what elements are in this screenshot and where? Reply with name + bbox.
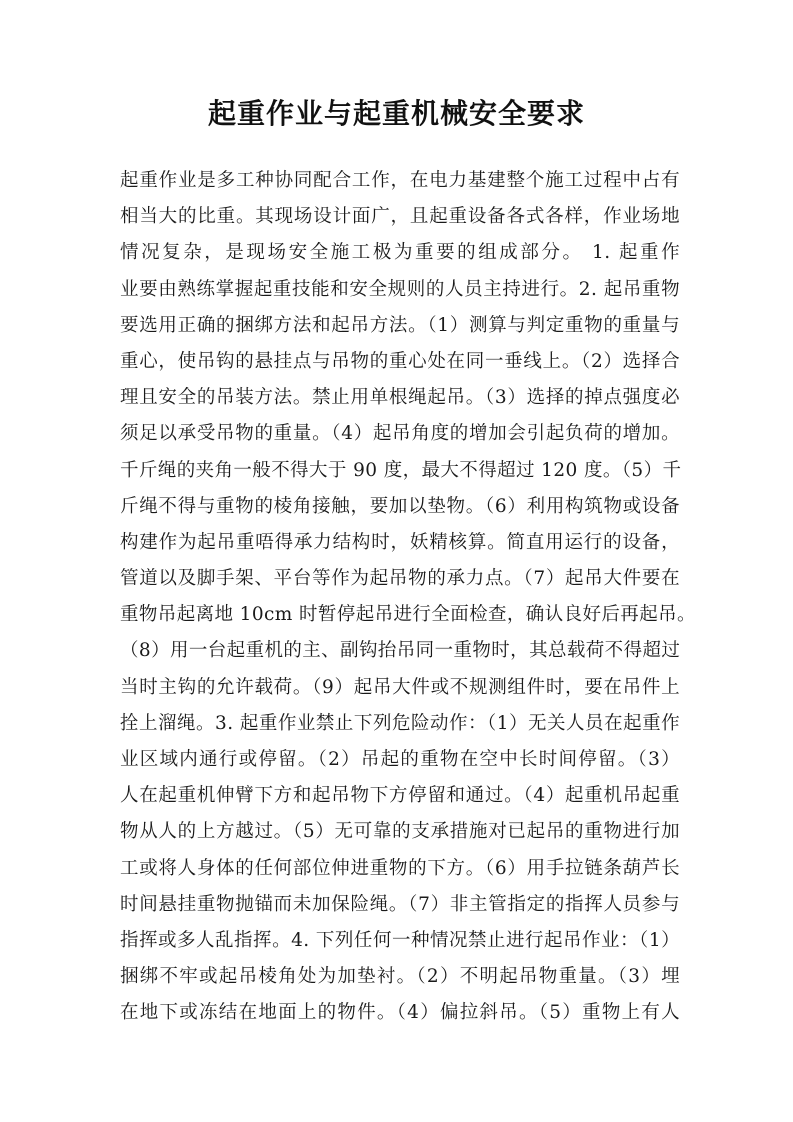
body-line: 业要由熟练掌握起重技能和安全规则的人员主持进行。2. 起吊重物: [120, 272, 680, 308]
body-line: 要选用正确的捆绑方法和起吊方法。（1）测算与判定重物的重量与: [120, 308, 680, 344]
document-body: 起重作业是多工种协同配合工作，在电力基建整个施工过程中占有 相当大的比重。其现场…: [120, 163, 680, 1032]
body-line: 人在起重机伸臂下方和起吊物下方停留和通过。（4）起重机吊起重: [120, 778, 680, 814]
body-line: 拴上溜绳。3. 起重作业禁止下列危险动作：（1）无关人员在起重作: [120, 706, 680, 742]
body-line: 构建作为起吊重唔得承力结构时，妖精核算。简直用运行的设备，: [120, 525, 680, 561]
body-line: （8）用一台起重机的主、副钩抬吊同一重物时，其总载荷不得超过: [120, 633, 680, 669]
body-line: 理且安全的吊装方法。禁止用单根绳起吊。（3）选择的掉点强度必: [120, 380, 680, 416]
body-line: 重物吊起离地 10cm 时暂停起吊进行全面检查，确认良好后再起吊。: [120, 597, 680, 633]
body-line: 捆绑不牢或起吊棱角处为加垫衬。（2）不明起吊物重量。（3）埋: [120, 959, 680, 995]
body-line: 业区域内通行或停留。（2）吊起的重物在空中长时间停留。（3）: [120, 742, 680, 778]
document-page: 起重作业与起重机械安全要求 起重作业是多工种协同配合工作，在电力基建整个施工过程…: [0, 0, 793, 1122]
body-line: 千斤绳的夹角一般不得大于 90 度，最大不得超过 120 度。（5）千: [120, 453, 680, 489]
document-title: 起重作业与起重机械安全要求: [0, 94, 793, 134]
body-line: 物从人的上方越过。（5）无可靠的支承措施对已起吊的重物进行加: [120, 814, 680, 850]
body-line: 在地下或冻结在地面上的物件。（4）偏拉斜吊。（5）重物上有人: [120, 995, 680, 1031]
body-line: 工或将人身体的任何部位伸进重物的下方。（6）用手拉链条葫芦长: [120, 851, 680, 887]
body-line: 斤绳不得与重物的棱角接触，要加以垫物。（6）利用构筑物或设备: [120, 489, 680, 525]
body-line: 情况复杂，是现场安全施工极为重要的组成部分。 1. 起重作: [120, 235, 680, 271]
body-line: 重心，使吊钩的悬挂点与吊物的重心处在同一垂线上。（2）选择合: [120, 344, 680, 380]
body-line: 相当大的比重。其现场设计面广，且起重设备各式各样，作业场地: [120, 199, 680, 235]
body-line: 当时主钩的允许载荷。（9）起吊大件或不规测组件时，要在吊件上: [120, 670, 680, 706]
body-line: 管道以及脚手架、平台等作为起吊物的承力点。（7）起吊大件要在: [120, 561, 680, 597]
body-line: 时间悬挂重物抛锚而未加保险绳。（7）非主管指定的指挥人员参与: [120, 887, 680, 923]
body-line: 起重作业是多工种协同配合工作，在电力基建整个施工过程中占有: [120, 163, 680, 199]
body-line: 须足以承受吊物的重量。（4）起吊角度的增加会引起负荷的增加。: [120, 416, 680, 452]
body-line: 指挥或多人乱指挥。4. 下列任何一种情况禁止进行起吊作业：（1）: [120, 923, 680, 959]
